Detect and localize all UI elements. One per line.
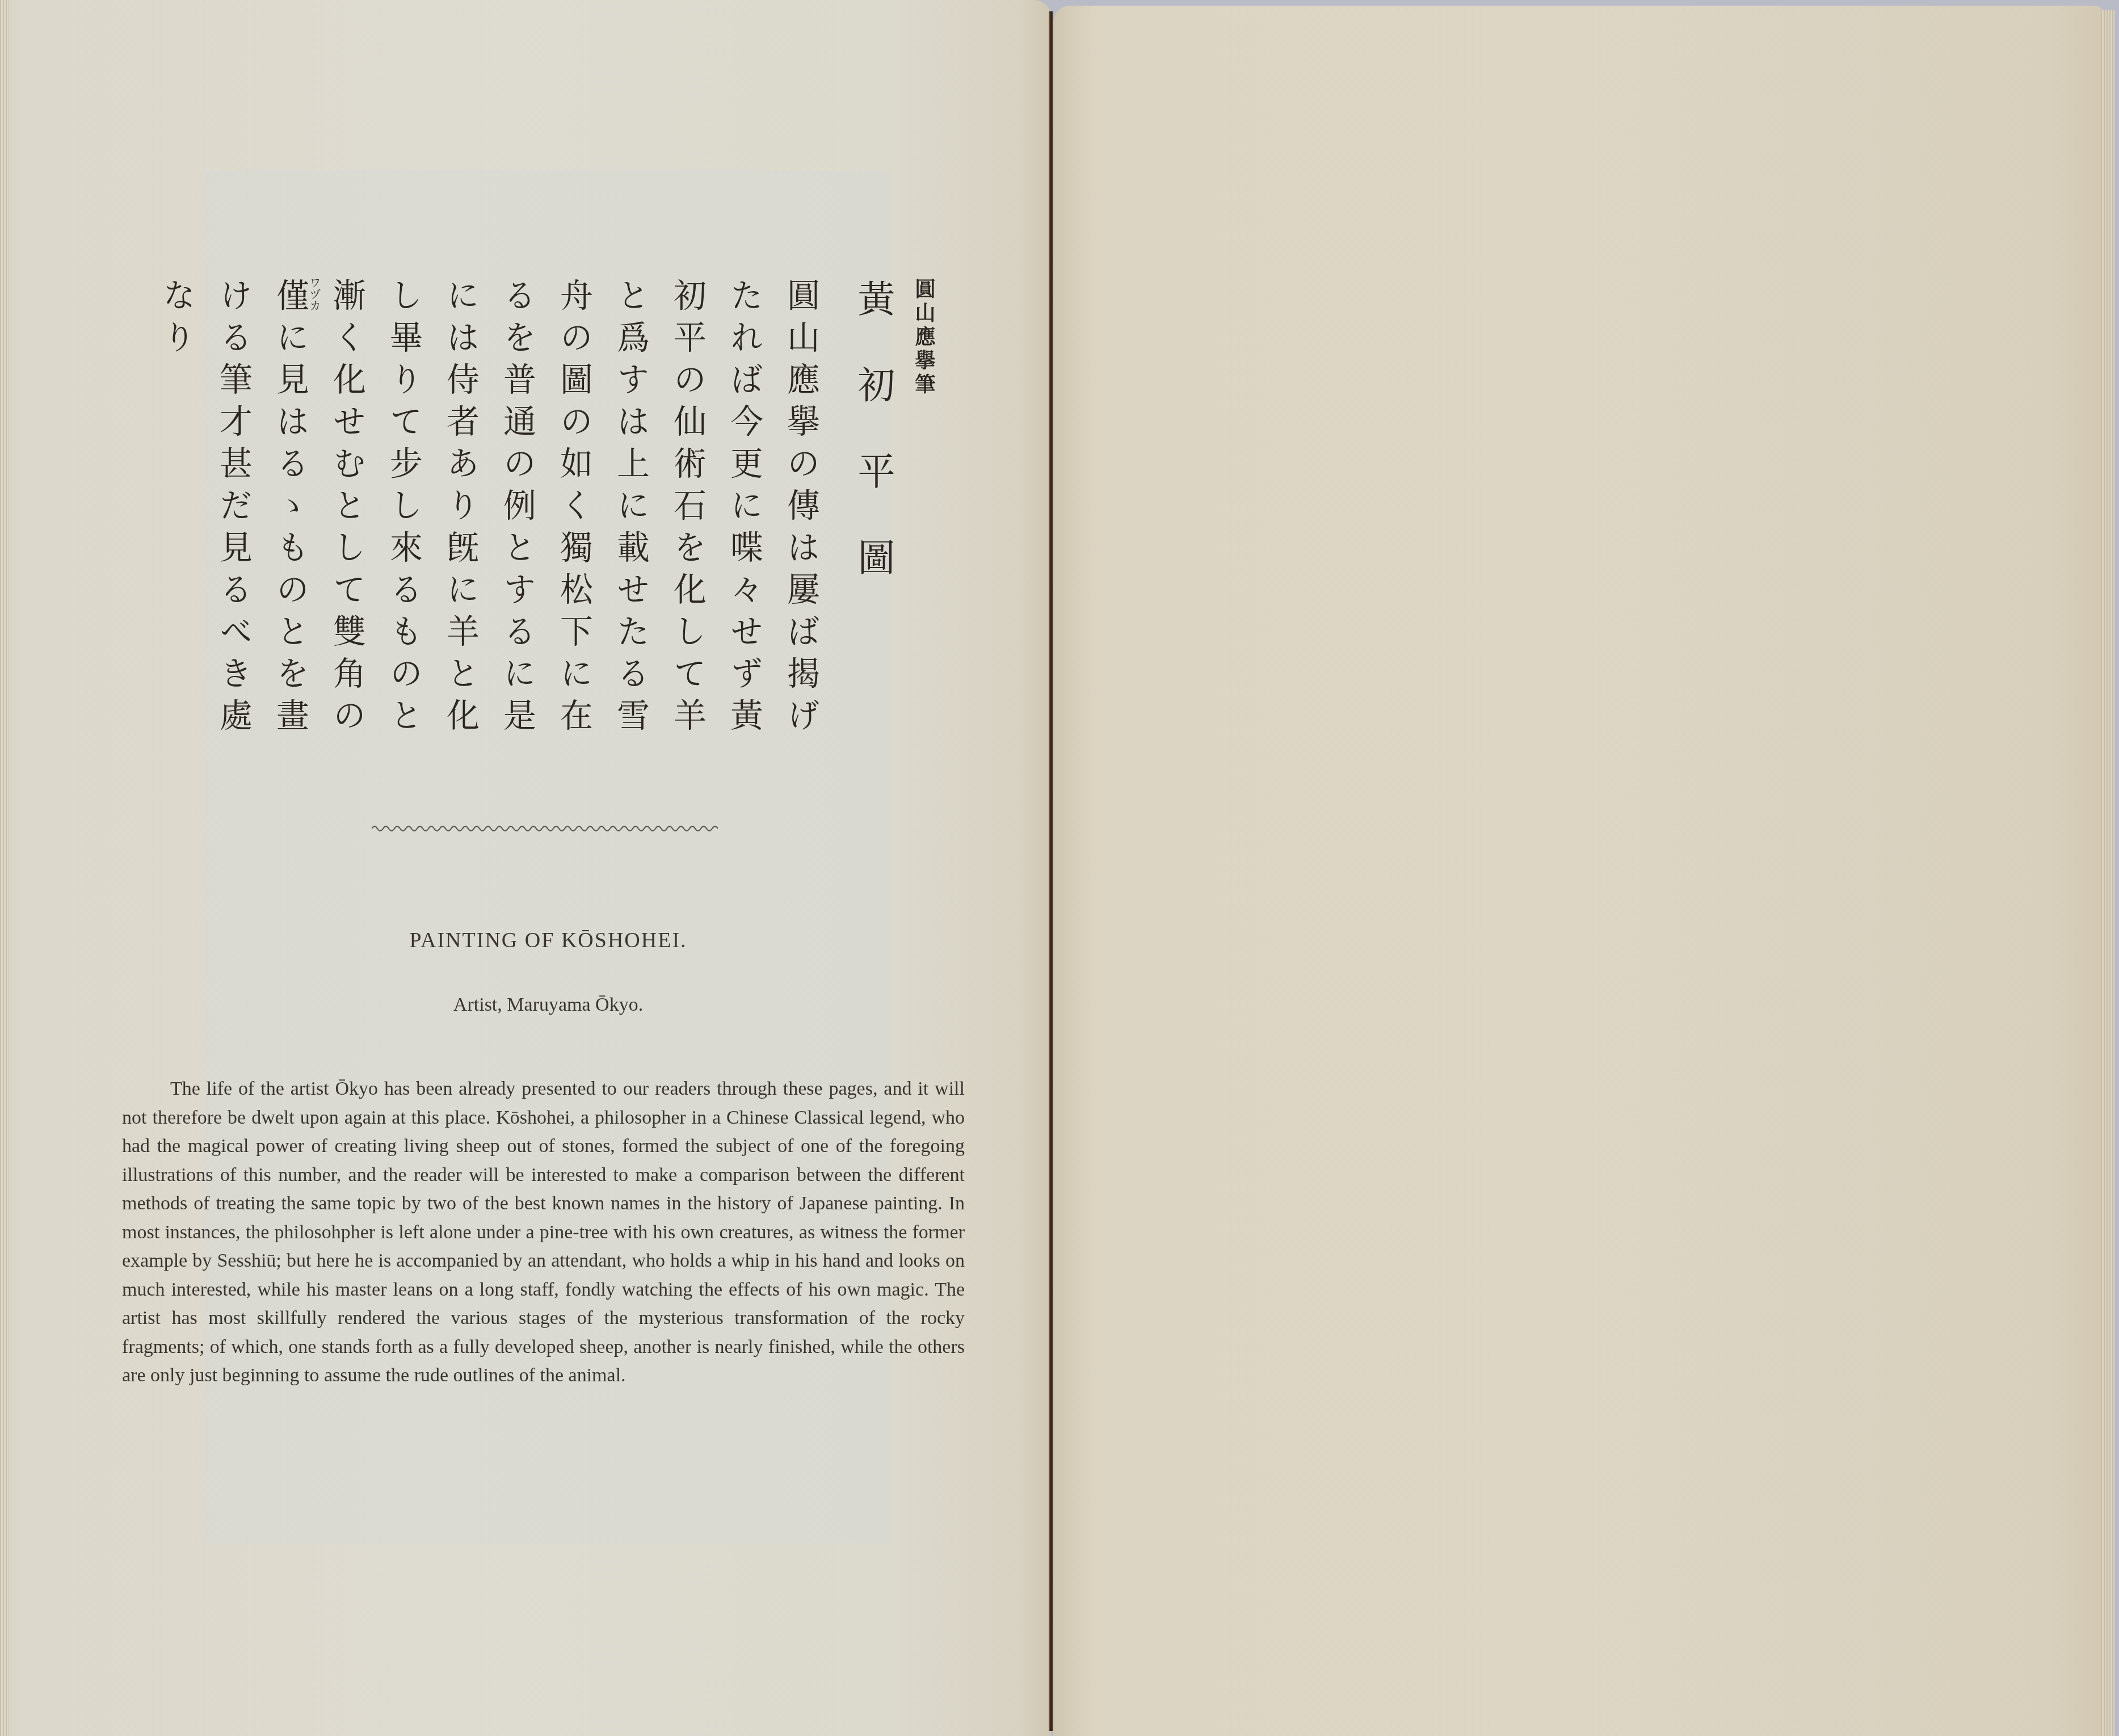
jp-column: たれば今更に喋々せず黃 (728, 278, 760, 740)
book-spine (1049, 11, 1053, 1731)
jp-column: なり (160, 278, 193, 362)
jp-column: には侍者あり旣に羊と化 (444, 278, 477, 740)
jp-column: と爲すは上に載せたる雪 (614, 278, 647, 740)
page-title-jp: 黃初平圖 (854, 279, 892, 624)
jp-column: 舟の圖の如く獨松下に在 (557, 278, 590, 740)
jp-column: し畢りて步し來るものと (387, 278, 420, 740)
right-page-blank (1053, 6, 2103, 1736)
article-title: PAINTING OF KŌSHOHEI. (0, 928, 1051, 953)
jp-column: 漸く化せむとして雙角の (330, 278, 363, 740)
wavy-divider (372, 822, 718, 833)
jp-column: 初平の仙術石を化して羊 (671, 278, 704, 740)
jp-column: るを普通の例とするに是 (501, 278, 533, 740)
jp-column: 僅に見はるゝものとを畫 (274, 278, 306, 740)
left-page: 圓山應擧筆 黃初平圖 圓山應擧の傳は屢ば揭げ たれば今更に喋々せず黃 初平の仙術… (0, 0, 1051, 1736)
jp-column: 圓山應擧の傳は屢ば揭げ (784, 278, 817, 740)
jp-column: ける筆才甚だ見るべき處 (217, 278, 250, 740)
page-edge-stack (0, 0, 9, 1736)
article-paragraph: The life of the artist Ōkyo has been alr… (122, 1075, 965, 1390)
author-credit: 圓山應擧筆 (914, 278, 934, 397)
ruby-reading: ワヅカ (306, 277, 323, 311)
artist-credit: Artist, Maruyama Ōkyo. (0, 994, 1051, 1016)
page-edge-stack (2101, 10, 2114, 1736)
